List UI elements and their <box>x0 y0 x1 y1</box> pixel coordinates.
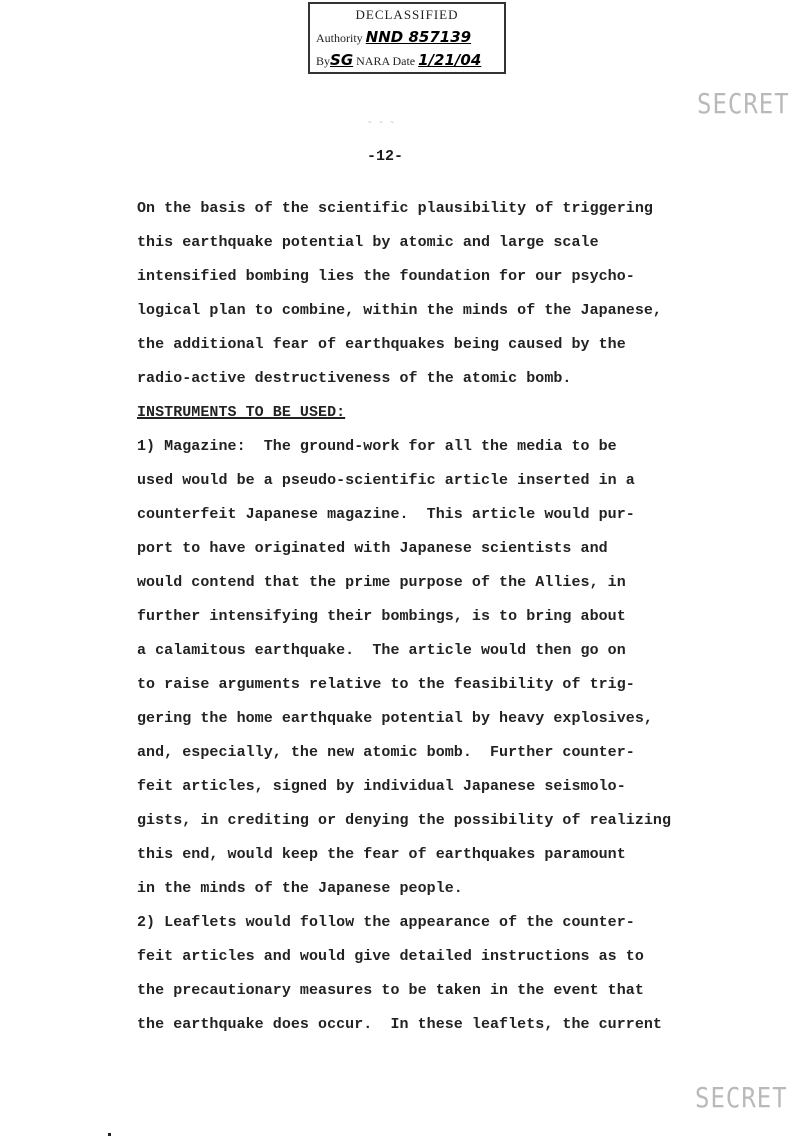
text-line: the precautionary measures to be taken i… <box>137 974 757 1008</box>
text-line: gists, in crediting or denying the possi… <box>137 804 757 838</box>
text-line: the earthquake does occur. In these leaf… <box>137 1008 757 1042</box>
page-number: -12- <box>367 148 403 165</box>
nara-date-label: NARA Date <box>356 54 415 68</box>
text-line: On the basis of the scientific plausibil… <box>137 192 757 226</box>
stamp-authority-row: Authority NND 857139 <box>316 28 471 46</box>
declassified-stamp: DECLASSIFIED Authority NND 857139 BySG N… <box>308 2 506 74</box>
text-line: this end, would keep the fear of earthqu… <box>137 838 757 872</box>
section-heading: INSTRUMENTS TO BE USED: <box>137 396 757 430</box>
by-initials: SG <box>330 51 353 69</box>
text-line: used would be a pseudo-scientific articl… <box>137 464 757 498</box>
text-line: 2) Leaflets would follow the appearance … <box>137 906 757 940</box>
stamp-title: DECLASSIFIED <box>310 7 504 23</box>
text-line: logical plan to combine, within the mind… <box>137 294 757 328</box>
faint-marking: ~ ~ ~ <box>368 119 396 126</box>
text-line: port to have originated with Japanese sc… <box>137 532 757 566</box>
authority-label: Authority <box>316 31 363 45</box>
text-line: gering the home earthquake potential by … <box>137 702 757 736</box>
secret-marking-top: SECRET <box>697 88 790 120</box>
text-line: feit articles, signed by individual Japa… <box>137 770 757 804</box>
nara-date-value: 1/21/04 <box>418 51 481 69</box>
secret-marking-bottom: SECRET <box>695 1082 788 1114</box>
document-body: On the basis of the scientific plausibil… <box>137 192 757 1042</box>
text-line: to raise arguments relative to the feasi… <box>137 668 757 702</box>
text-line: radio-active destructiveness of the atom… <box>137 362 757 396</box>
authority-value: NND 857139 <box>366 28 471 46</box>
text-line: further intensifying their bombings, is … <box>137 600 757 634</box>
by-label: By <box>316 54 330 68</box>
text-line: feit articles and would give detailed in… <box>137 940 757 974</box>
text-line: would contend that the prime purpose of … <box>137 566 757 600</box>
section-heading-text: INSTRUMENTS TO BE USED: <box>137 404 345 421</box>
text-line: intensified bombing lies the foundation … <box>137 260 757 294</box>
text-line: this earthquake potential by atomic and … <box>137 226 757 260</box>
text-line: 1) Magazine: The ground-work for all the… <box>137 430 757 464</box>
scan-speck <box>108 1133 111 1136</box>
text-line: a calamitous earthquake. The article wou… <box>137 634 757 668</box>
text-line: the additional fear of earthquakes being… <box>137 328 757 362</box>
stamp-by-row: BySG NARA Date 1/21/04 <box>316 51 481 69</box>
text-line: in the minds of the Japanese people. <box>137 872 757 906</box>
text-line: and, especially, the new atomic bomb. Fu… <box>137 736 757 770</box>
text-line: counterfeit Japanese magazine. This arti… <box>137 498 757 532</box>
